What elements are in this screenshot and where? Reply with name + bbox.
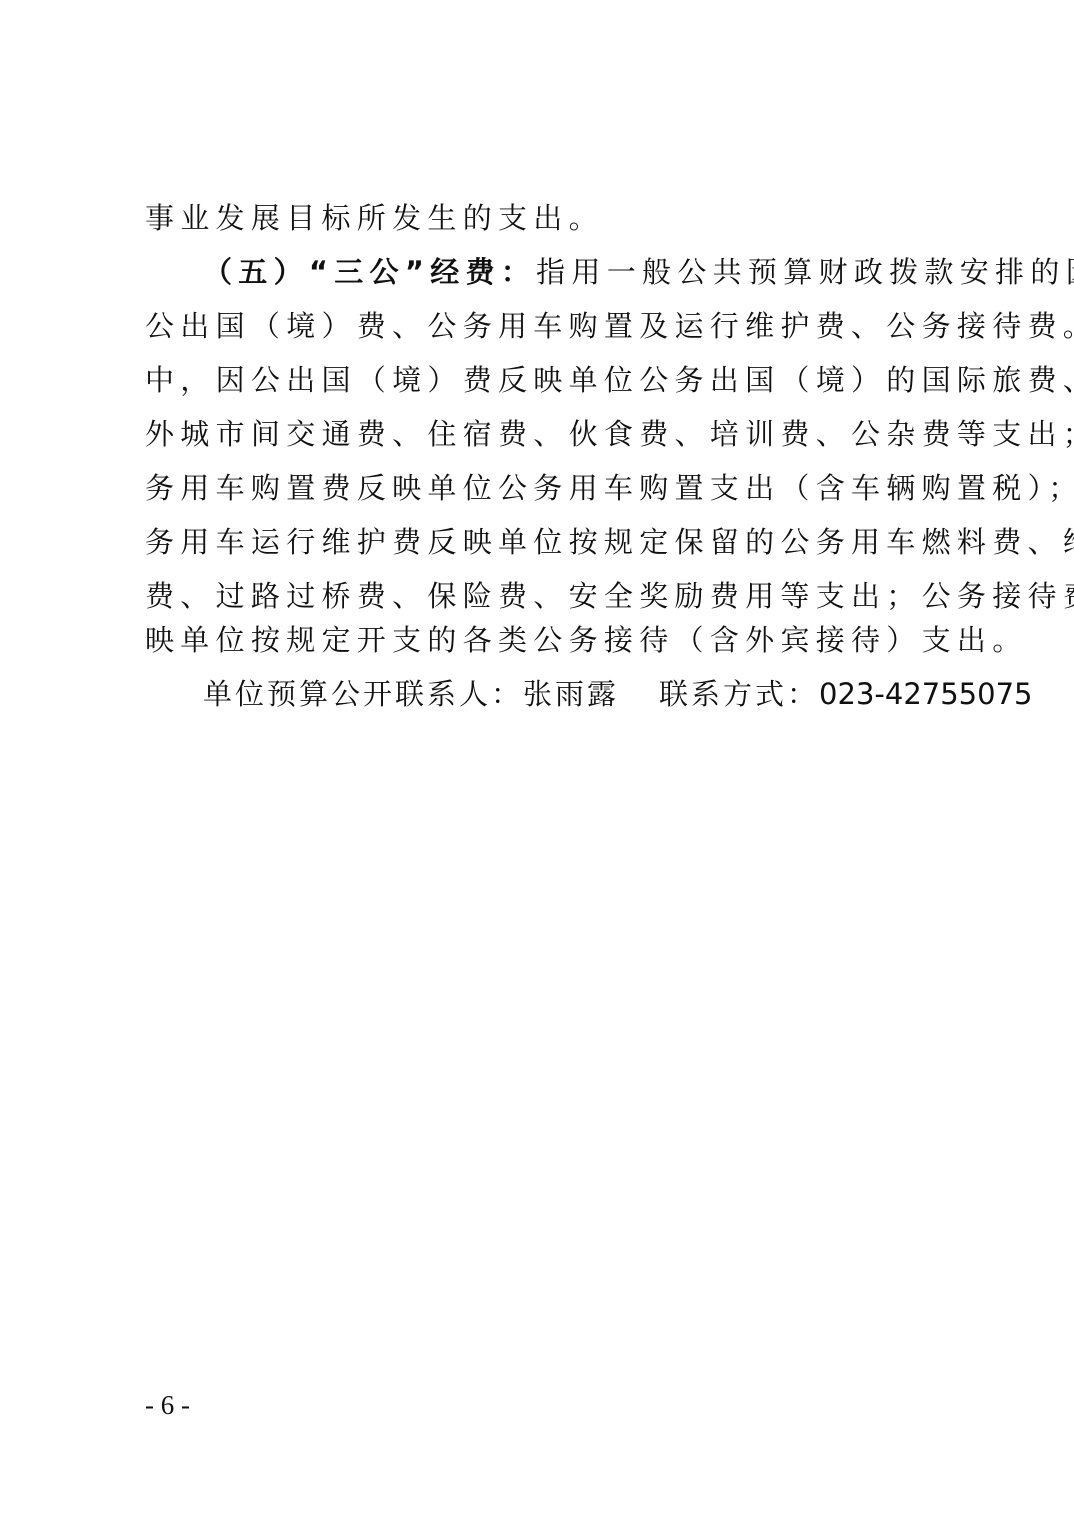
section-five-text: 指用一般公共预算财政拨款安排的因 [536, 255, 1074, 289]
document-page: 事业发展目标所发生的支出。 （五）“三公”经费：指用一般公共预算财政拨款安排的因… [0, 0, 1074, 1520]
paragraph-line: 映单位按规定开支的各类公务接待（含外宾接待）支出。 [145, 620, 945, 660]
paragraph-line: 务用车购置费反映单位公务用车购置支出（含车辆购置税）；公 [145, 468, 945, 508]
section-five-line: （五）“三公”经费：指用一般公共预算财政拨款安排的因 [203, 252, 1003, 292]
contact-phone-number: 023-42755075 [819, 677, 1032, 711]
contact-person-label: 单位预算公开联系人： [203, 677, 523, 711]
paragraph-line: 外城市间交通费、住宿费、伙食费、培训费、公杂费等支出；公 [145, 414, 945, 454]
paragraph-line: 中，因公出国（境）费反映单位公务出国（境）的国际旅费、国 [145, 360, 945, 400]
paragraph-line: 公出国（境）费、公务用车购置及运行维护费、公务接待费。其 [145, 306, 945, 346]
paragraph-line: 事业发展目标所发生的支出。 [145, 198, 945, 238]
contact-line: 单位预算公开联系人：张雨露联系方式：023-42755075 [203, 674, 1003, 714]
page-number: - 6 - [145, 1390, 190, 1420]
paragraph-line: 费、过路过桥费、保险费、安全奖励费用等支出；公务接待费反 [145, 576, 945, 616]
contact-phone-label: 联系方式： [659, 677, 819, 711]
paragraph-line: 务用车运行维护费反映单位按规定保留的公务用车燃料费、维修 [145, 522, 945, 562]
contact-person-name: 张雨露 [523, 677, 619, 711]
section-five-heading: （五）“三公”经费： [203, 255, 536, 289]
